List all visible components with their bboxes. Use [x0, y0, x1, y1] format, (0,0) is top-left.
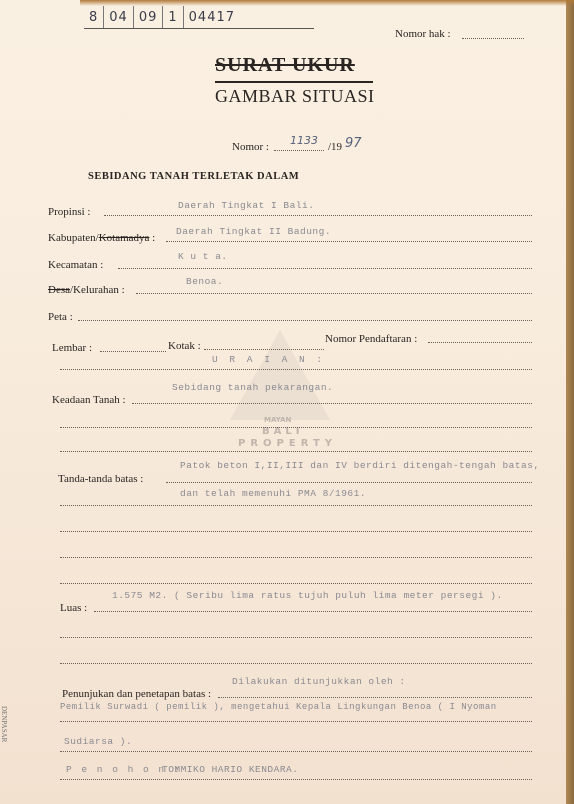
watermark-line3: PROPERTY [238, 438, 337, 449]
penunjukan-line3-rule [60, 750, 532, 752]
tanda-batas-line2-rule [60, 504, 532, 506]
side-note: DENPASAR [0, 706, 8, 742]
pemohon-value: TOMMIKO HARIO KENDARA. [162, 764, 298, 775]
kecamatan-value: K u t a. [178, 251, 228, 262]
kelurahan-value: Benoa. [186, 276, 223, 287]
page-edge [566, 0, 574, 804]
luas-value: 1.575 M2. ( Seribu lima ratus tujuh pulu… [112, 590, 503, 601]
kotamadya-struck: Kotamadya [99, 232, 150, 244]
nomor-field [274, 149, 324, 151]
penunjukan-line1: Dilakukan ditunjukkan oleh : [232, 676, 406, 687]
peta-field [78, 319, 532, 321]
keadaan-tanah-value: Sebidang tanah pekarangan. [172, 382, 333, 393]
luas-line3 [60, 662, 532, 664]
kotak-label: Kotak : [168, 340, 201, 352]
propinsi-field [104, 214, 532, 216]
reg-part: 04 [104, 6, 134, 28]
kabupaten-field [166, 240, 532, 242]
nomor-year: 97 [345, 136, 362, 151]
kabupaten-label-text: Kabupaten/ [48, 232, 99, 244]
watermark-line1: MAYAN [264, 416, 291, 424]
tanda-batas-line3 [60, 530, 532, 532]
nomor-label: Nomor : [232, 141, 269, 153]
nomor-hak-label: Nomor hak : [395, 28, 451, 40]
kecamatan-label: Kecamatan : [48, 259, 103, 271]
tanda-batas-line5 [60, 582, 532, 584]
kotak-field [204, 348, 324, 350]
peta-label: Peta : [48, 311, 73, 323]
penunjukan-line2-rule [60, 720, 532, 722]
registration-number: 80409104417 [84, 6, 314, 29]
penunjukan-line3: Sudiarsa ). [64, 736, 132, 747]
section-heading: SEBIDANG TANAH TERLETAK DALAM [88, 171, 299, 182]
luas-line2 [60, 636, 532, 638]
keadaan-tanah-field [132, 402, 532, 404]
tanda-batas-field [166, 481, 532, 483]
nomor-year-prefix: /19 [328, 141, 342, 153]
kelurahan-label: Desa/Kelurahan : [48, 284, 125, 296]
nomor-pendaftaran-label: Nomor Pendaftaran : [325, 333, 417, 345]
reg-part: 09 [134, 6, 164, 28]
keadaan-tanah-label: Keadaan Tanah : [52, 394, 126, 406]
title-rule [215, 81, 373, 83]
lembar-label: Lembar : [52, 342, 92, 354]
luas-field [94, 610, 532, 612]
watermark-triangle [230, 330, 330, 420]
keadaan-tanah-line2 [60, 426, 532, 428]
reg-part: 8 [84, 6, 104, 28]
kabupaten-label: Kabupaten/Kotamadya : [48, 232, 155, 244]
kabupaten-value: Daerah Tingkat II Badung. [176, 226, 331, 237]
keadaan-tanah-line3 [60, 450, 532, 452]
tanda-batas-label: Tanda-tanda batas : [58, 473, 143, 485]
tanda-batas-line2: dan telah memenuhi PMA 8/1961. [180, 488, 366, 499]
propinsi-value: Daerah Tingkat I Bali. [178, 200, 314, 211]
penunjukan-field [218, 696, 532, 698]
title-surat-ukur: SURAT UKUR [215, 54, 355, 77]
nomor-value: 1133 [290, 134, 318, 147]
kelurahan-field [136, 292, 532, 294]
tanda-batas-line1: Patok beton I,II,III dan IV berdiri dite… [180, 460, 540, 471]
tanda-batas-line4 [60, 556, 532, 558]
kecamatan-field [118, 267, 532, 269]
nomor-hak-field [462, 37, 524, 39]
pemohon-rule [60, 778, 532, 780]
kabupaten-colon: : [149, 232, 155, 244]
uraian-line [60, 368, 532, 370]
lembar-field [100, 350, 166, 352]
desa-struck: Desa [48, 284, 70, 296]
title-gambar-situasi: GAMBAR SITUASI [215, 86, 375, 107]
penunjukan-label: Penunjukan dan penetapan batas : [62, 688, 211, 700]
kelurahan-label-text: /Kelurahan : [70, 284, 125, 296]
nomor-pendaftaran-field [428, 341, 532, 343]
reg-part: 1 [163, 6, 183, 28]
reg-part: 04417 [184, 6, 240, 28]
luas-label: Luas : [60, 602, 87, 614]
propinsi-label: Propinsi : [48, 206, 90, 218]
penunjukan-line2: Pemilik Surwadi ( pemilik ), mengetahui … [60, 702, 497, 712]
uraian-heading: U R A I A N : [212, 354, 325, 365]
